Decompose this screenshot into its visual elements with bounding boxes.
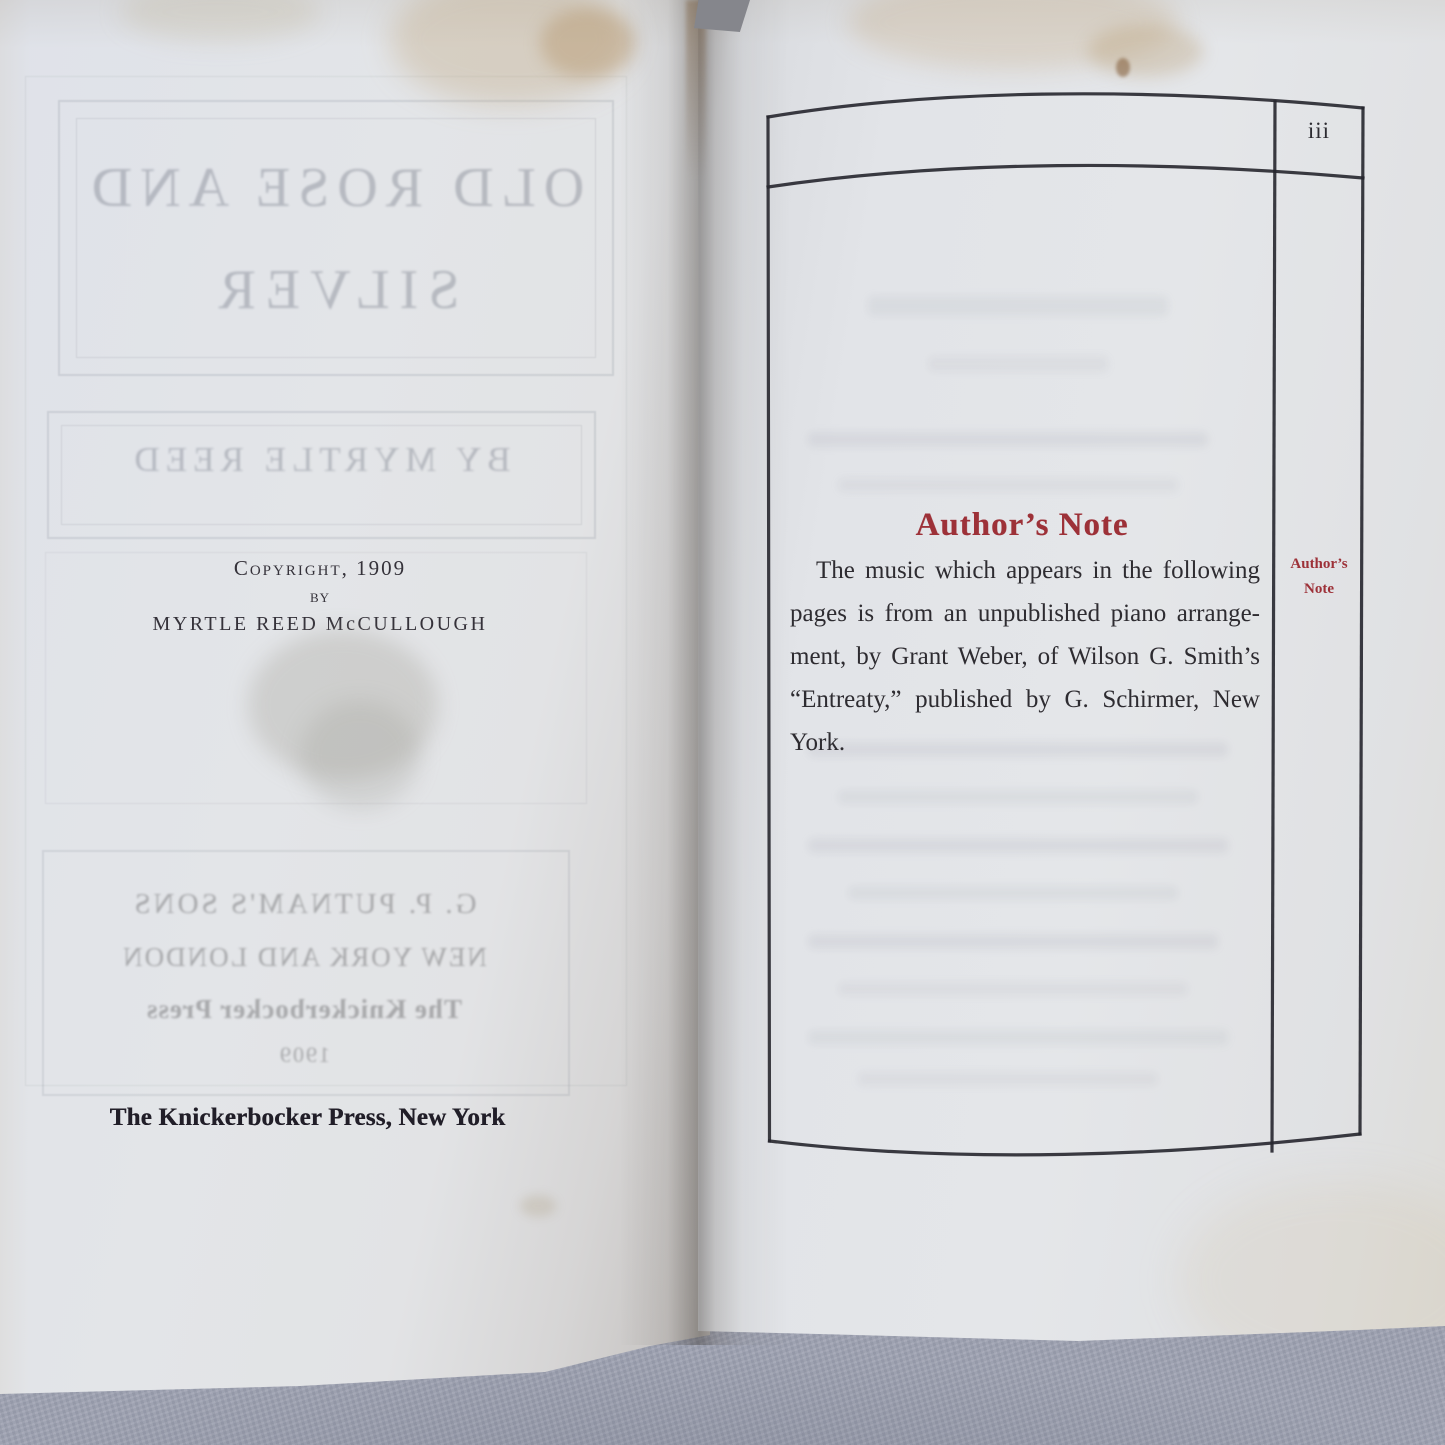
ghost-publisher-line3: The Knickerbocker Press bbox=[42, 994, 566, 1025]
right-page: iii Author’s Note The music which appear… bbox=[698, 0, 1445, 1350]
paragraph-line: ment, by Grant Weber, of Wilson G. Smith… bbox=[790, 635, 1260, 678]
ghost-title-box bbox=[58, 100, 614, 376]
stain bbox=[1178, 1180, 1445, 1380]
left-page: OLD ROSE AND SILVER BY MYRTLE REED Copyr… bbox=[0, 0, 710, 1400]
copyright-block: Copyright, 1909 BY MYRTLE REED McCULLOUG… bbox=[115, 556, 525, 636]
stain bbox=[120, 0, 320, 42]
margin-note-line: Author’s bbox=[1276, 552, 1362, 577]
ghost-title-line2: SILVER bbox=[58, 258, 610, 322]
ghost-rose-ornament-lower bbox=[300, 700, 420, 810]
stain bbox=[1116, 58, 1130, 77]
page-number: iii bbox=[1276, 118, 1362, 144]
stain bbox=[540, 8, 635, 78]
ghost-smudge bbox=[808, 934, 1218, 949]
ghost-smudge bbox=[808, 1030, 1228, 1045]
stain bbox=[1088, 25, 1203, 77]
ghost-smudge bbox=[838, 478, 1178, 492]
ghost-smudge bbox=[858, 1072, 1158, 1086]
copyright-line: Copyright, 1909 bbox=[115, 556, 525, 581]
paragraph-line: York. bbox=[790, 721, 1260, 764]
ghost-publisher-line1: G. P. PUTNAM'S SONS bbox=[42, 888, 566, 921]
copyright-by: BY bbox=[115, 590, 525, 606]
imprint-knickerbocker-press: The Knickerbocker Press, New York bbox=[105, 1104, 510, 1132]
authors-note-paragraph: The music which appears in the following… bbox=[790, 549, 1260, 764]
ghost-title-box-inner bbox=[76, 118, 596, 358]
paragraph-line: The music which appears in the following bbox=[790, 549, 1260, 592]
ghost-publisher-line2: NEW YORK AND LONDON bbox=[42, 942, 566, 973]
ghost-byline: BY MYRTLE REED bbox=[47, 440, 592, 480]
book-photo: OLD ROSE AND SILVER BY MYRTLE REED Copyr… bbox=[0, 0, 1445, 1445]
ghost-title-line1: OLD ROSE AND bbox=[58, 156, 610, 220]
ghost-smudge bbox=[928, 356, 1108, 372]
stain bbox=[520, 1195, 556, 1217]
paragraph-line: “Entreaty,” published by G. Schirmer, Ne… bbox=[790, 678, 1260, 721]
paragraph-line: pages is from an unpublished piano arran… bbox=[790, 592, 1260, 635]
ghost-smudge bbox=[838, 982, 1188, 996]
ghost-publisher-line4: 1909 bbox=[42, 1042, 566, 1068]
authors-note-heading: Author’s Note bbox=[768, 507, 1276, 544]
ghost-smudge bbox=[848, 886, 1178, 900]
ghost-smudge bbox=[808, 838, 1228, 853]
margin-note-line: Note bbox=[1276, 577, 1362, 602]
margin-note: Author’s Note bbox=[1276, 552, 1362, 602]
ghost-smudge bbox=[868, 296, 1168, 316]
ghost-smudge bbox=[838, 790, 1198, 804]
ghost-smudge bbox=[808, 432, 1208, 447]
